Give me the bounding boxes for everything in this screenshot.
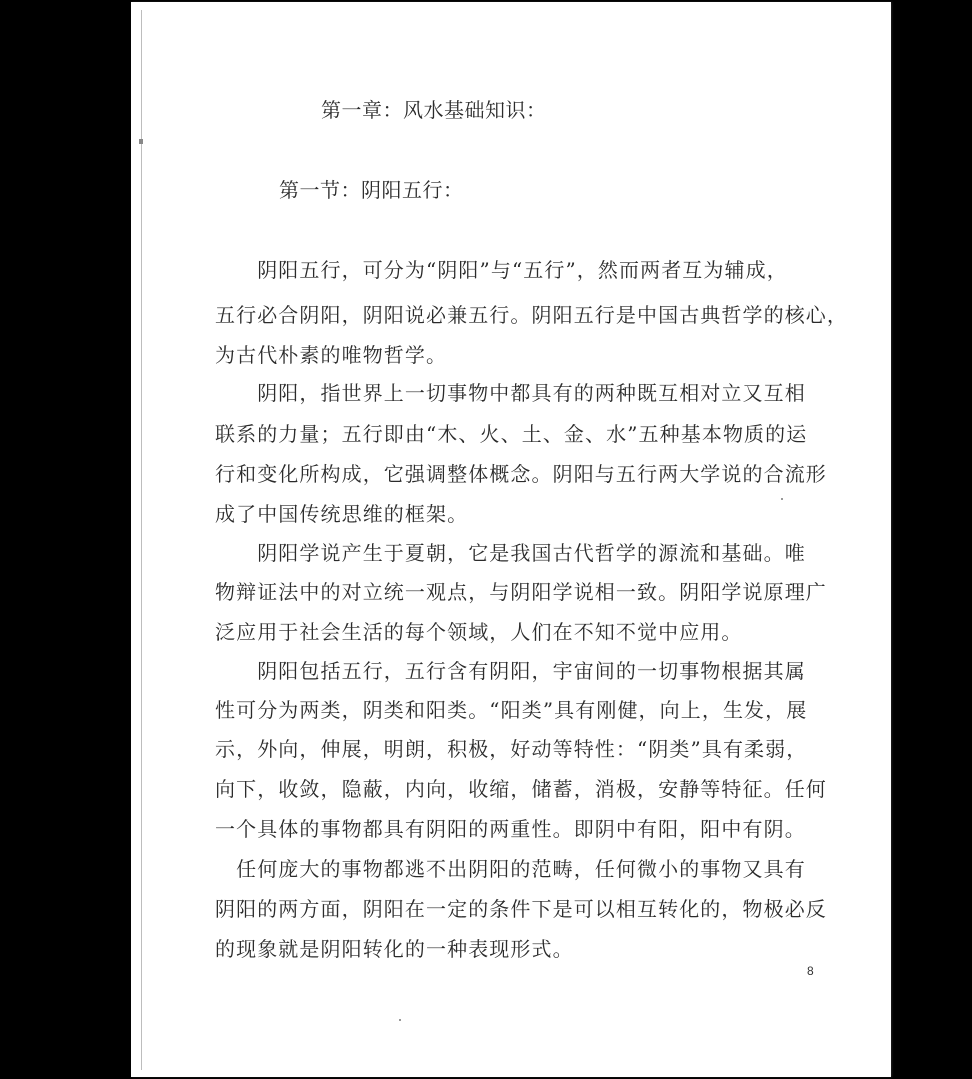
paragraph-4-line-5: 一个具体的事物都具有阴阳的两重性。即阴中有阳，阳中有阴。 — [215, 813, 806, 842]
page-number: 8 — [807, 964, 814, 978]
scan-margin-mark — [139, 139, 143, 144]
paragraph-2-line-3: 行和变化所构成，它强调整体概念。阴阳与五行两大学说的合流形 — [215, 458, 827, 487]
paragraph-4-line-2: 性可分为两类，阴类和阳类。“阳类”具有刚健，向上，生发，展 — [215, 694, 807, 723]
paragraph-3-line-3: 泛应用于社会生活的每个领域，人们在不知不觉中应用。 — [215, 616, 743, 645]
paragraph-3-line-1: 阴阳学说产生于夏朝，它是我国古代哲学的源流和基础。唯 — [215, 537, 806, 566]
paragraph-2-line-4: 成了中国传统思维的框架。 — [215, 498, 468, 527]
paragraph-5-line-3: 的现象就是阴阳转化的一种表现形式。 — [215, 933, 574, 962]
paragraph-4-line-4: 向下，收敛，隐蔽，内向，收缩，储蓄，消极，安静等特征。任何 — [215, 773, 827, 802]
paragraph-4-line-1: 阴阳包括五行，五行含有阴阳，宇宙间的一切事物根据其属 — [215, 655, 806, 684]
paragraph-4-line-3: 示，外向，伸展，明朗，积极，好动等特性：“阴类”具有柔弱， — [215, 733, 807, 762]
paragraph-1-line-3: 为古代朴素的唯物哲学。 — [215, 339, 447, 368]
scan-margin-line — [141, 10, 142, 1070]
paragraph-5-line-1: 任何庞大的事物都逃不出阴阳的范畴，任何微小的事物又具有 — [215, 853, 806, 882]
paragraph-5-line-2: 阴阳的两方面，阴阳在一定的条件下是可以相互转化的，物极必反 — [215, 893, 827, 922]
paragraph-2-line-2: 联系的力量；五行即由“木、火、土、金、水”五种基本物质的运 — [215, 418, 807, 447]
paragraph-2-line-1: 阴阳，指世界上一切事物中都具有的两种既互相对立又互相 — [215, 377, 806, 406]
paragraph-1-line-2: 五行必合阴阳，阴阳说必兼五行。阴阳五行是中国古典哲学的核心， — [215, 299, 848, 328]
chapter-title: 第一章：风水基础知识： — [321, 94, 547, 123]
scan-speck — [399, 1019, 401, 1021]
paragraph-3-line-2: 物辩证法中的对立统一观点，与阴阳学说相一致。阴阳学说原理广 — [215, 576, 827, 605]
document-page: 第一章：风水基础知识： 第一节：阴阳五行： 阴阳五行，可分为“阴阳”与“五行”，… — [131, 2, 891, 1077]
scan-speck — [781, 498, 783, 500]
section-title: 第一节：阴阳五行： — [279, 174, 464, 203]
paragraph-1-line-1: 阴阳五行，可分为“阴阳”与“五行”，然而两者互为辅成， — [215, 254, 788, 283]
